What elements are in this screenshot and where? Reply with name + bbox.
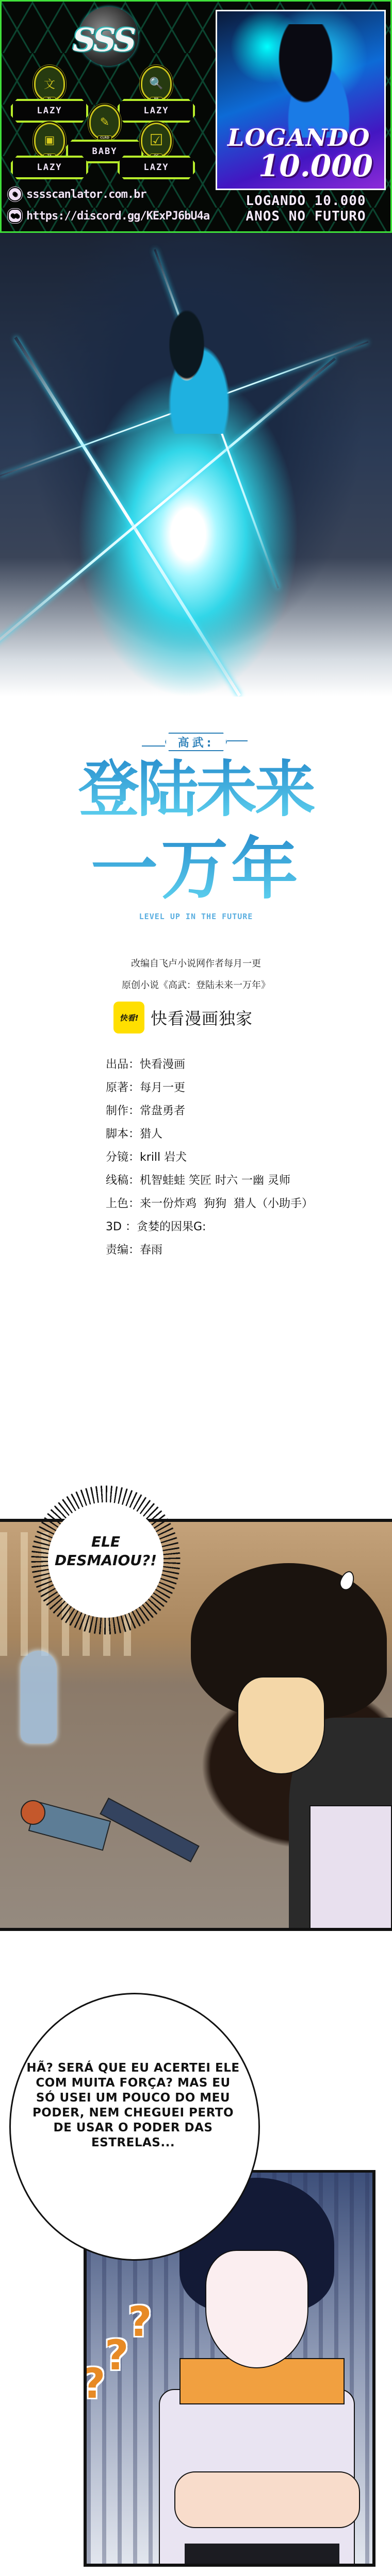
credit-line: 制作：常盘勇者 — [106, 1099, 313, 1123]
soul-ghost — [21, 1651, 57, 1743]
series-title-line1: 登陆未来 — [77, 756, 315, 823]
shout-text: ELE DESMAIOU?! — [49, 1533, 162, 1570]
credit-line: 原著：每月一更 — [106, 1076, 313, 1099]
credit-line: 3D ：贪婪的因果G: — [106, 1215, 313, 1239]
credit-line: 出品：快看漫画 — [106, 1053, 313, 1076]
computer-icon: ▣ — [34, 123, 65, 158]
role-name: LAZY — [11, 156, 88, 179]
role-badge-quality-check: ☑ QC LAZY — [118, 123, 195, 179]
checkbox-icon: ☑ — [141, 123, 172, 158]
clean-brush-icon: ✎ — [89, 105, 120, 140]
scanlator-credits-banner: SSS 文 TL LAZY 🔍 PR LAZY ✎ CLRD BABY ▣ TS… — [0, 0, 392, 233]
series-title-caption: LOGANDO 10.000 ANOS NO FUTURO — [228, 193, 383, 224]
proofread-icon: 🔍 — [141, 66, 172, 101]
translate-icon: 文 — [34, 66, 65, 101]
decorative-wire — [142, 745, 165, 747]
series-english-subtitle: LEVEL UP IN THE FUTURE — [0, 912, 392, 921]
hero-character — [186, 1563, 392, 1931]
discord-url[interactable]: https://discord.gg/KExPJ6bU4a — [26, 210, 209, 223]
credit-line: 脚本：猎人 — [106, 1123, 313, 1146]
title-credits-page: 高武: 登陆未来 一万年 LEVEL UP IN THE FUTURE 改编自飞… — [0, 697, 392, 1485]
original-novel-note: 原创小说《高武：登陆未来一万年》 — [0, 978, 392, 991]
staff-credits: 出品：快看漫画 原著：每月一更 制作：常盘勇者 脚本：猎人 分镜：krill 岩… — [106, 1053, 313, 1262]
discord-link[interactable]: ●● https://discord.gg/KExPJ6bU4a — [8, 209, 209, 223]
hero-character — [150, 310, 232, 434]
credit-line: 责编：春雨 — [106, 1239, 313, 1262]
question-mark-icon: ? — [128, 2301, 152, 2343]
publisher-exclusive-label: 快看漫画独家 — [151, 1006, 253, 1029]
sss-group-logo: SSS — [66, 21, 141, 62]
series-title-line2: 一万年 — [77, 833, 315, 905]
question-mark-icon: ? — [105, 2335, 128, 2376]
fallen-character — [10, 1790, 206, 1888]
credit-line: 上色：来一份炸鸡 狗狗 猎人（小助手） — [106, 1192, 313, 1215]
adaptation-note: 改编自飞卢小说网作者每月一更 — [0, 956, 392, 970]
decorative-wire — [227, 740, 248, 741]
role-badge-typesetter: ▣ TS LAZY — [11, 123, 88, 179]
credit-line: 线稿：机智蛙蛙 笑匠 时六 一幽 灵师 — [106, 1169, 313, 1192]
discord-icon: ●● — [8, 209, 22, 223]
series-poster: LOGANDO 10.000 ANOS — [216, 10, 386, 190]
speech-text: HÃ? SERÁ QUE EU ACERTEI ELE COM MUITA FO… — [25, 2061, 241, 2150]
credit-line: 分镜：krill 岩犬 — [106, 1146, 313, 1169]
website-link[interactable]: ◍ sssscanlator.com.br — [8, 187, 146, 201]
question-mark-icon: ? — [84, 2363, 105, 2404]
website-url[interactable]: sssscanlator.com.br — [26, 188, 146, 201]
poster-character — [266, 24, 354, 138]
globe-icon: ◍ — [8, 187, 22, 201]
poster-title: LOGANDO 10.000 ANOS — [227, 125, 382, 190]
title-prefix-tag: 高武: — [165, 733, 227, 751]
role-name: LAZY — [118, 156, 195, 179]
kuaikan-logo-icon: 快看! — [113, 1002, 144, 1033]
cover-illustration — [0, 233, 392, 697]
publisher-exclusive: 快看! 快看漫画独家 — [113, 1002, 253, 1033]
